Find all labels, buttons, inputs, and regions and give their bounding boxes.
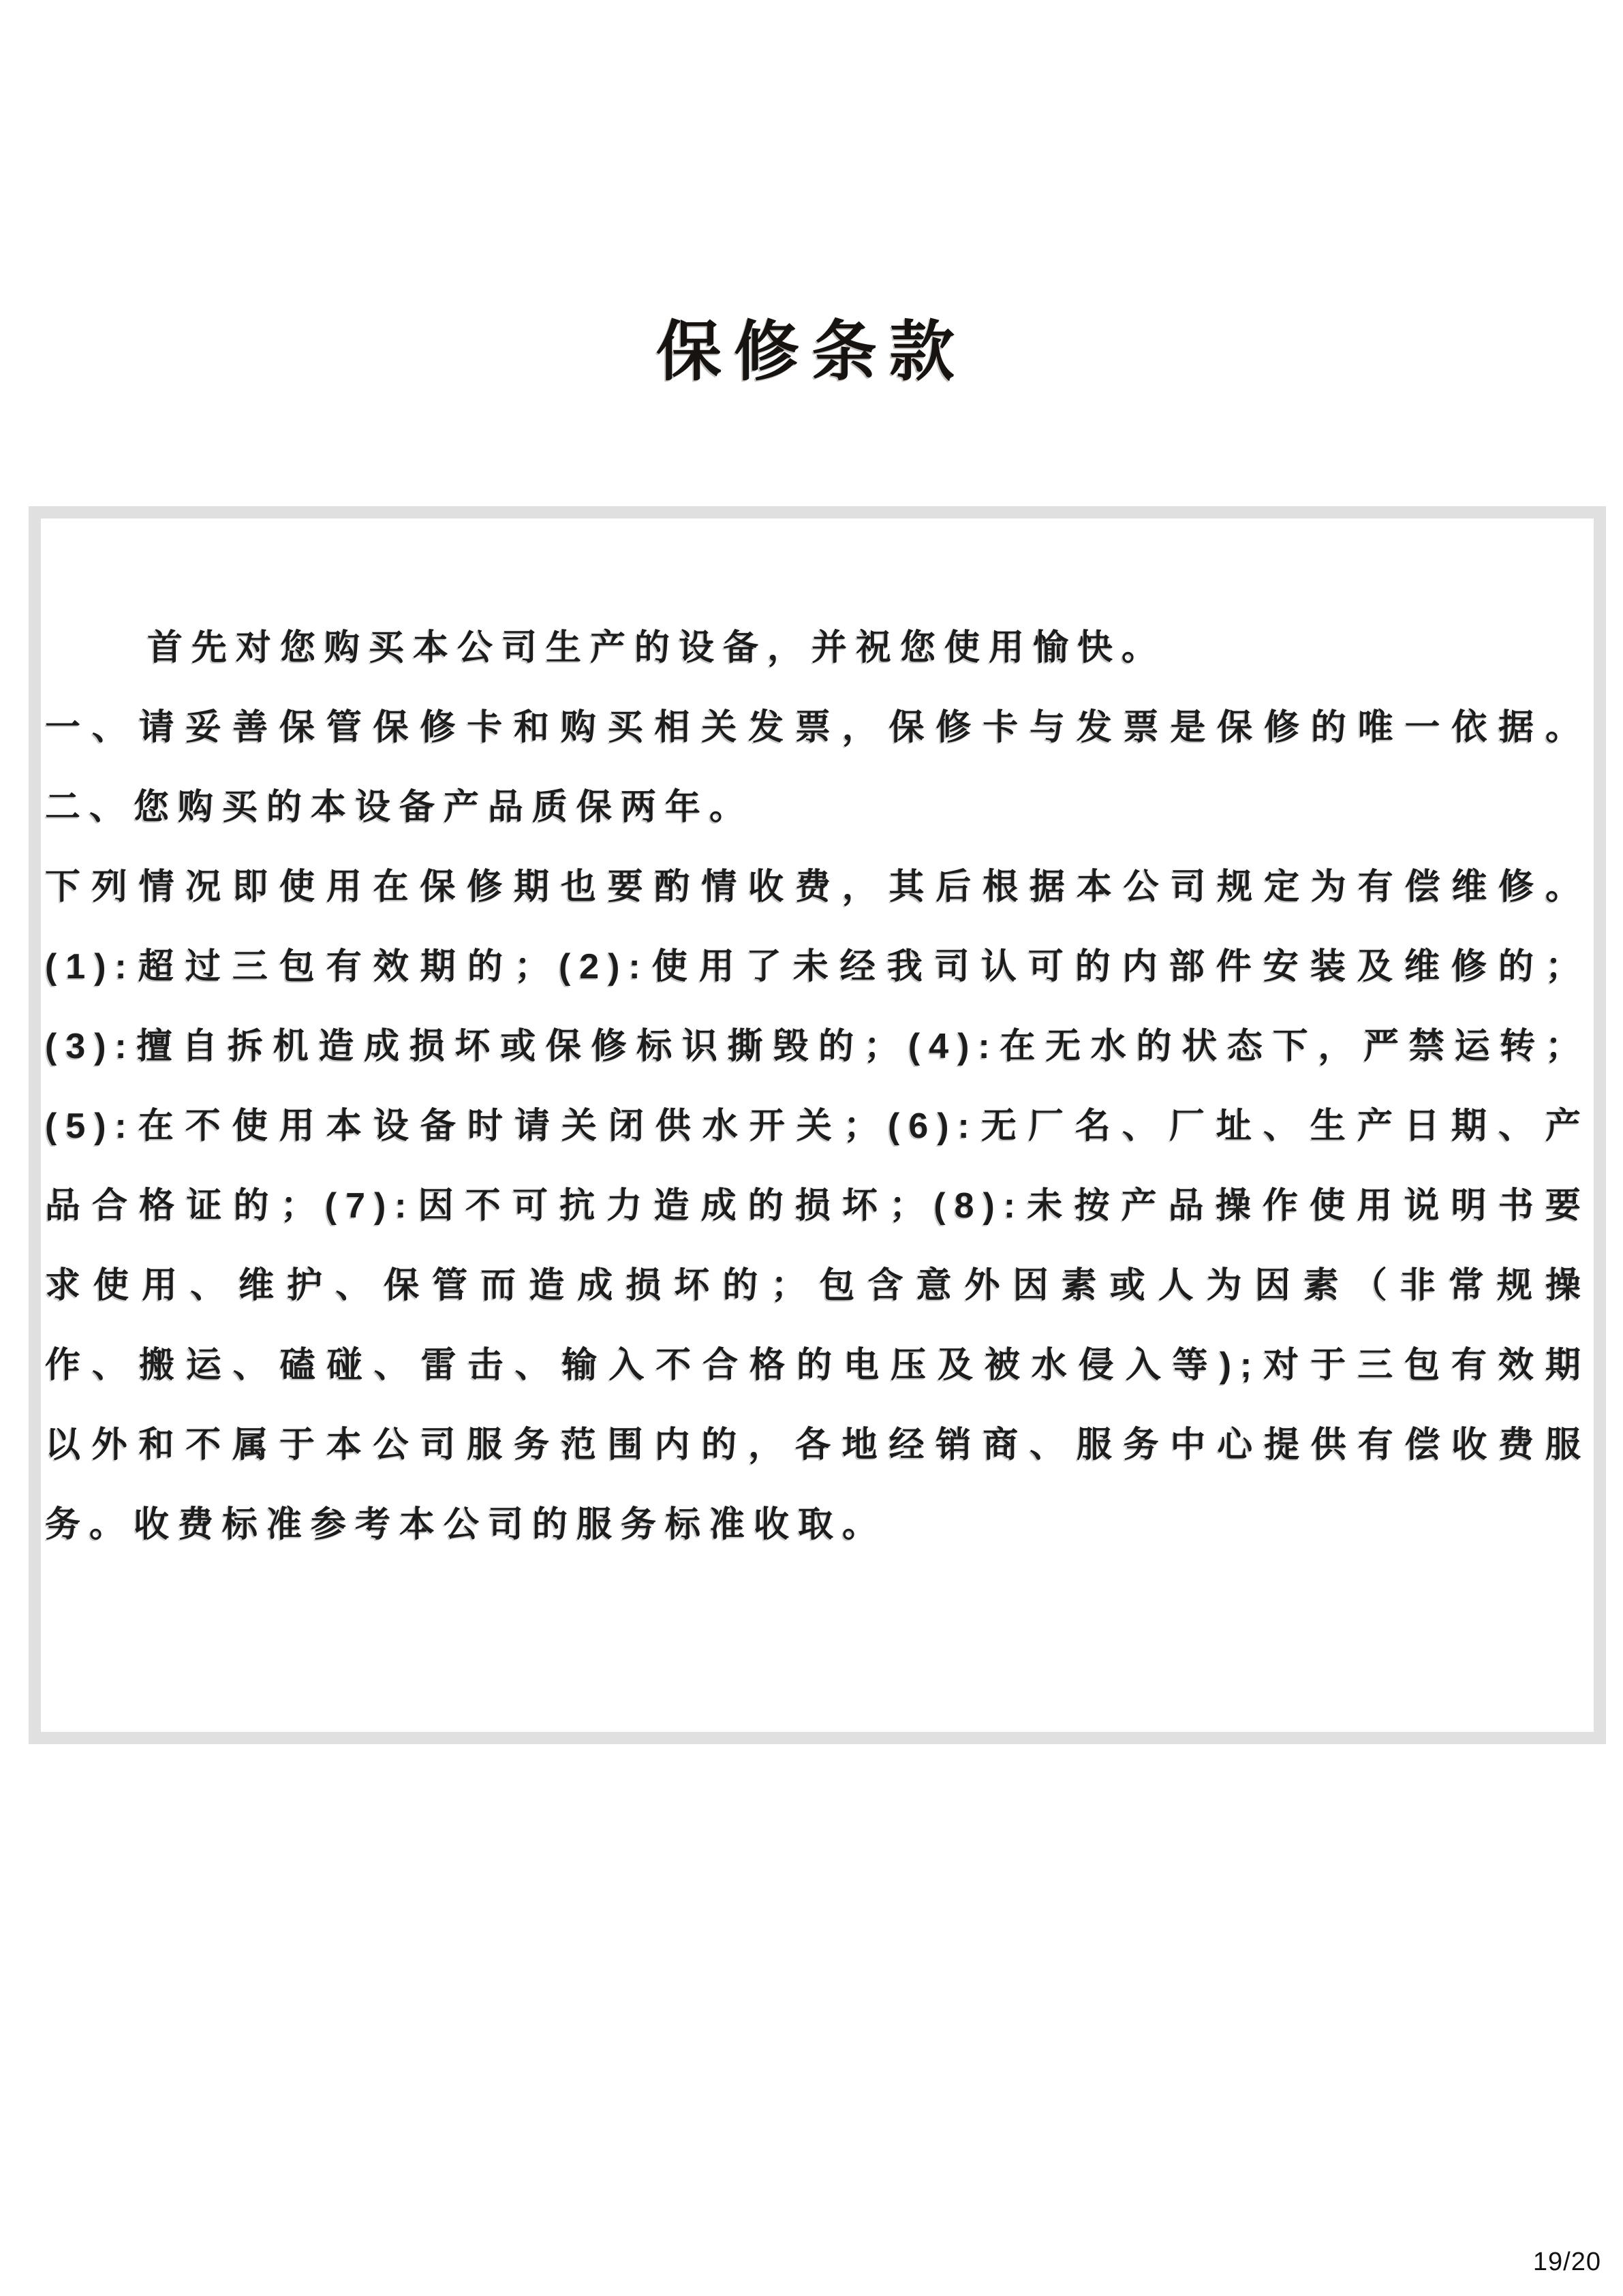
warranty-text-line: 二、您购买的本设备产品质保两年。 bbox=[45, 768, 1590, 848]
page-title: 保修条款 bbox=[0, 315, 1623, 390]
document-page: 保修条款 首先对您购买本公司生产的设备，并祝您使用愉快。 一、请妥善保管保修卡和… bbox=[0, 0, 1623, 2296]
page-number: 19/20 bbox=[1533, 2248, 1601, 2277]
warranty-box: 首先对您购买本公司生产的设备，并祝您使用愉快。 一、请妥善保管保修卡和购买相关发… bbox=[29, 506, 1606, 1744]
warranty-text-line: 以外和不属于本公司服务范围内的，各地经销商、服务中心提供有偿收费服 bbox=[45, 1406, 1590, 1485]
warranty-text-line: (1):超过三包有效期的；(2):使用了未经我司认可的内部件安装及维修的； bbox=[45, 927, 1590, 1007]
warranty-text-line: (5):在不使用本设备时请关闭供水开关；(6):无厂名、厂址、生产日期、产 bbox=[45, 1087, 1590, 1166]
warranty-text-line: 作、搬运、磕碰、雷击、输入不合格的电压及被水侵入等);对于三包有效期 bbox=[45, 1326, 1590, 1406]
warranty-text-line: 品合格证的；(7):因不可抗力造成的损坏；(8):未按产品操作使用说明书要 bbox=[45, 1166, 1590, 1246]
warranty-text-line: 务。收费标准参考本公司的服务标准收取。 bbox=[45, 1485, 1590, 1565]
warranty-text-line: 求使用、维护、保管而造成损坏的；包含意外因素或人为因素（非常规操 bbox=[45, 1246, 1590, 1326]
warranty-text-line: 首先对您购买本公司生产的设备，并祝您使用愉快。 bbox=[45, 608, 1590, 688]
warranty-text-block: 首先对您购买本公司生产的设备，并祝您使用愉快。 一、请妥善保管保修卡和购买相关发… bbox=[45, 608, 1590, 1565]
warranty-text-line: 一、请妥善保管保修卡和购买相关发票，保修卡与发票是保修的唯一依据。 bbox=[45, 688, 1590, 768]
warranty-text-line: (3):擅自拆机造成损坏或保修标识撕毁的；(4):在无水的状态下，严禁运转； bbox=[45, 1007, 1590, 1087]
warranty-text-line: 下列情况即使用在保修期也要酌情收费，其后根据本公司规定为有偿维修。 bbox=[45, 848, 1590, 927]
